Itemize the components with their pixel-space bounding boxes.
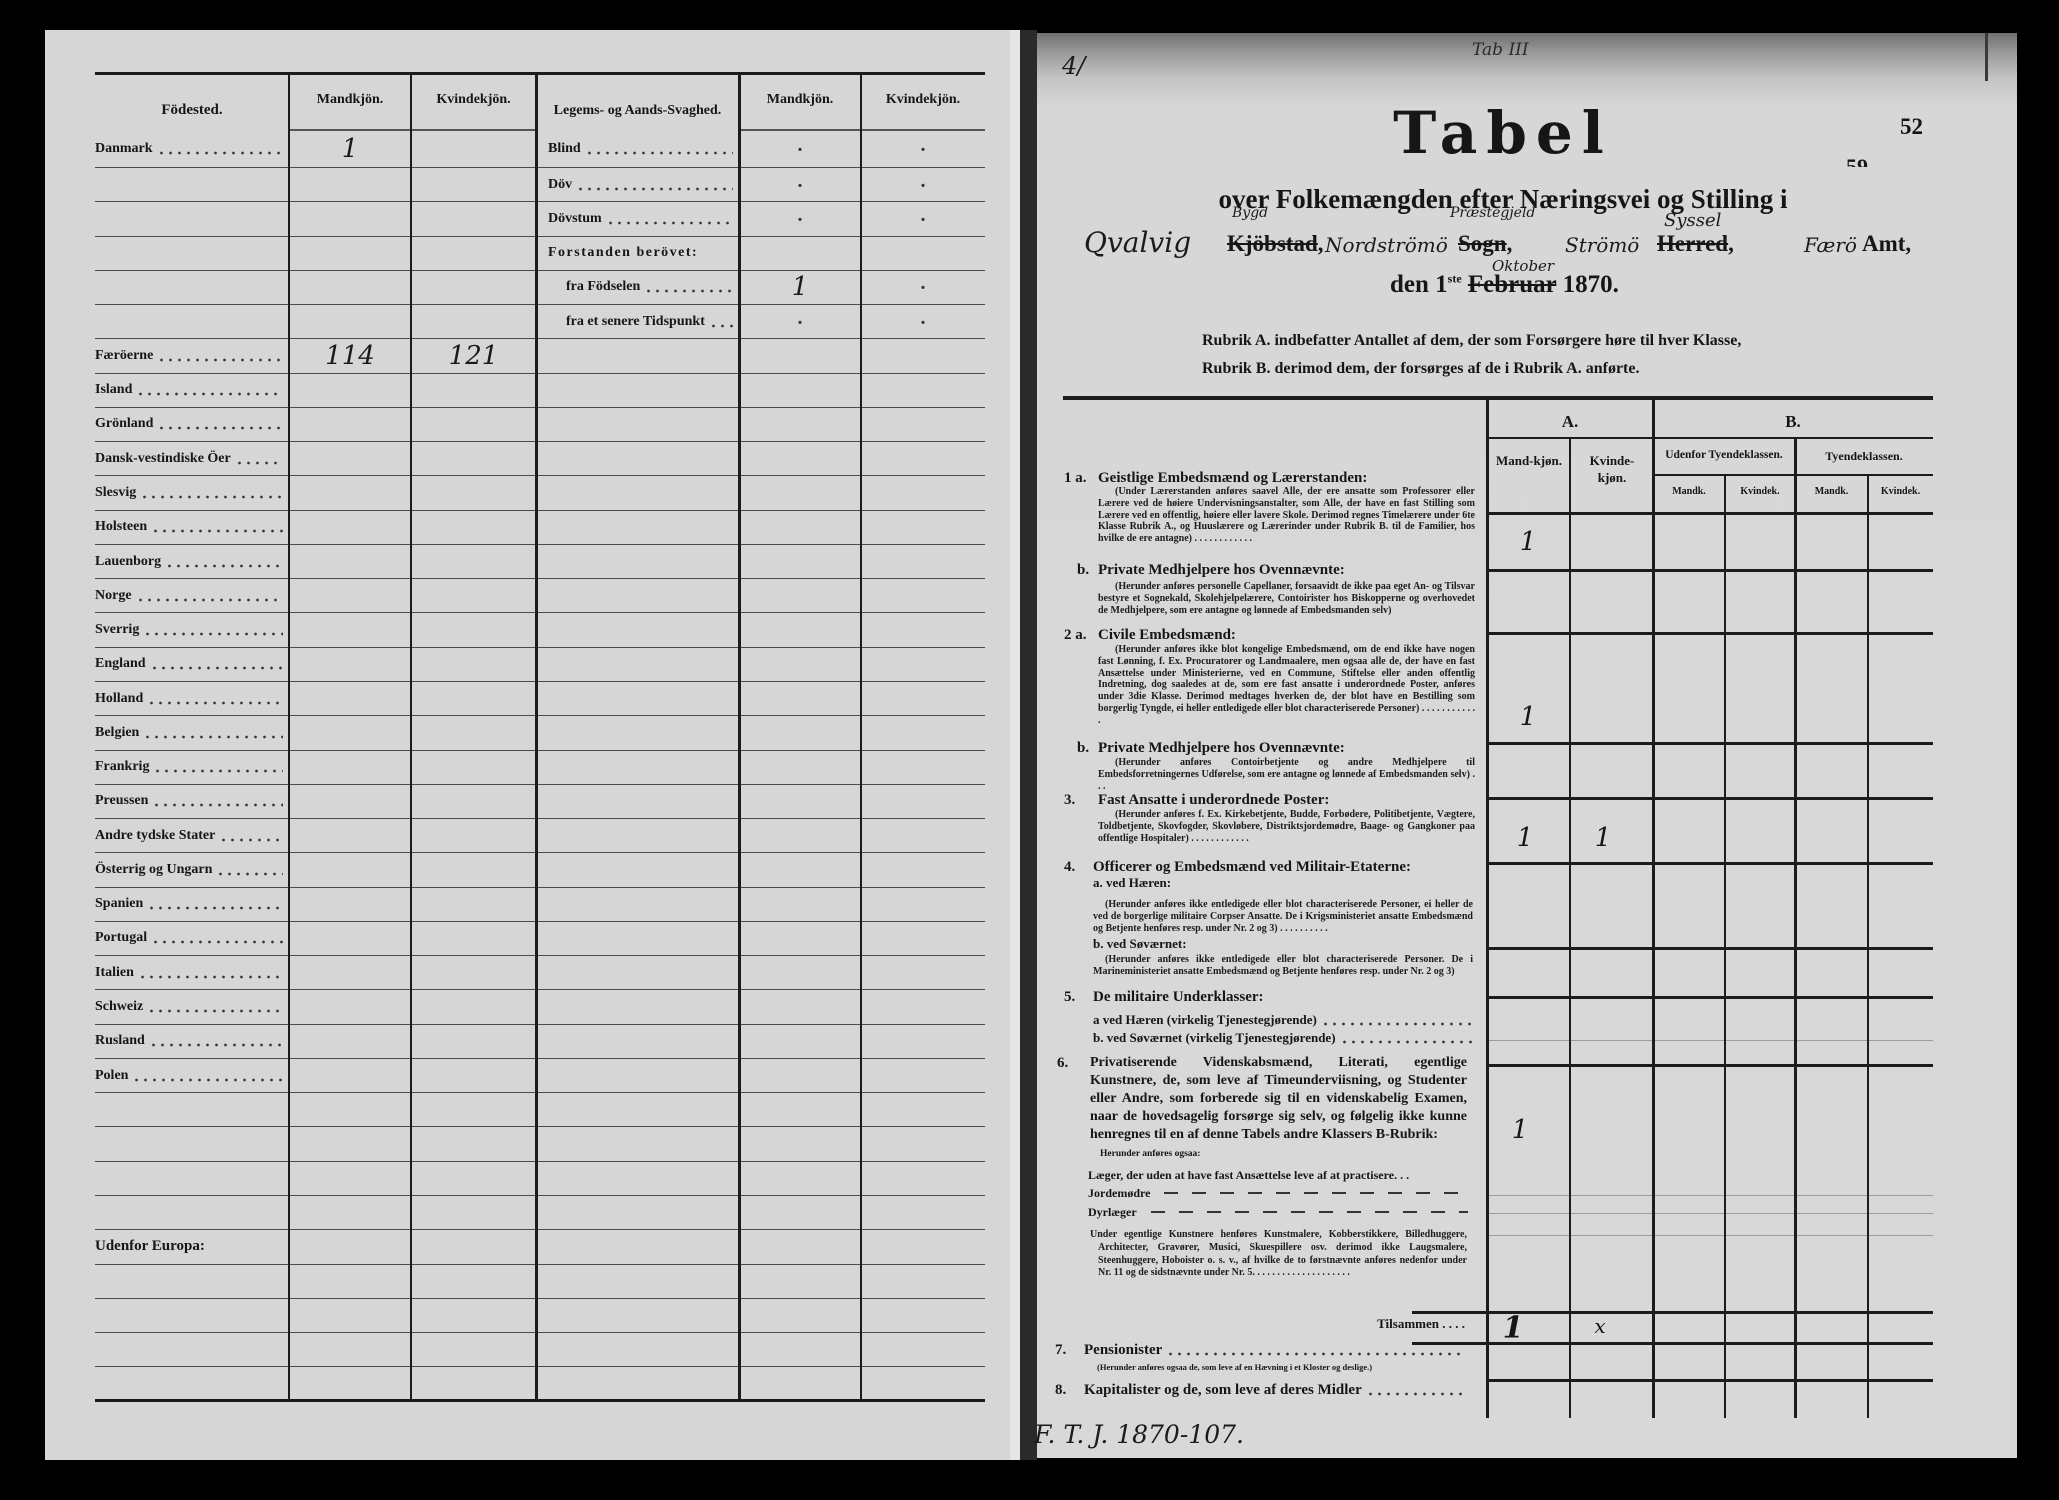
subcategory-label: b. ved Søværnet: [1093, 936, 1187, 952]
subcategory-row: b. ved Søværnet (virkelig Tjenestegjøren… [1093, 1030, 1473, 1046]
category-title: Privatiserende Videnskabsmænd, Literati,… [1090, 1054, 1467, 1144]
header-b-outside-servants: Udenfor Tyendeklassen. [1653, 449, 1795, 461]
also-included-item: Dyrlæger [1088, 1204, 1137, 1220]
county-type: Amt, [1862, 231, 1911, 257]
header-rubrik-b: B. [1653, 412, 1933, 432]
header-rule [1487, 437, 1933, 439]
column-divider [1794, 438, 1797, 1418]
category-title: Pensionister [1084, 1341, 1162, 1359]
header-female-short: Kvindek. [1725, 486, 1795, 497]
total-top-rule [1412, 1311, 1933, 1314]
category-number: b. [1077, 739, 1089, 757]
archive-reference: F. T. J. 1870-107. [1034, 1420, 1244, 1449]
also-included-item: Jordemødre [1088, 1185, 1150, 1201]
header-rubrik-a: A. [1487, 412, 1653, 432]
old-page-number: 59 [1846, 154, 1868, 167]
header-male-short: Mandk. [1653, 486, 1725, 497]
dash-leader [1164, 1192, 1468, 1194]
right-page: 4/ Tab III Tabel 52 59 over Folkemængden… [0, 0, 2059, 1500]
category-note: (Under Lærerstanden anføres saavel Alle,… [1098, 486, 1475, 545]
column-divider [1652, 398, 1655, 1418]
dot-leader [1340, 1040, 1473, 1044]
category-note: (Herunder anføres ikke blot kongelige Em… [1098, 644, 1475, 727]
subcategory-label: a ved Hæren (virkelig Tjenestegjørende) [1093, 1012, 1317, 1028]
category-title: Kapitalister og de, som leve af deres Mi… [1084, 1381, 1362, 1399]
category-note: (Herunder anføres Contoirbetjente og and… [1098, 757, 1475, 792]
category-number: 6. [1057, 1054, 1068, 1072]
also-included-label: Herunder anføres ogsaa: [1100, 1149, 1200, 1159]
category-note: (Herunder anføres personelle Capellaner,… [1098, 581, 1475, 616]
date-month-printed: Februar [1468, 271, 1556, 298]
parish-type-printed: Sogn, [1458, 231, 1512, 257]
separator: , [1507, 231, 1513, 256]
grid-left-border [1486, 398, 1489, 1418]
top-note: Tab III [1472, 40, 1529, 60]
total-a-female: x [1594, 1314, 1605, 1338]
place-type-handwritten: Bygd [1232, 205, 1268, 221]
district-type-printed: Herred, [1657, 231, 1734, 257]
header-female-short: Kvindek. [1868, 486, 1933, 497]
entry-2a-a-male: 1 [1520, 702, 1537, 732]
dot-leader [1366, 1392, 1465, 1396]
dot-leader [1166, 1352, 1465, 1356]
category-number: 5. [1064, 988, 1075, 1006]
header-a-female: Kvinde-kjøn. [1578, 452, 1646, 486]
category-title: Private Medhjelpere hos Ovennævnte: [1098, 739, 1345, 757]
separator: , [1728, 231, 1734, 256]
category-title: Fast Ansatte i underordnede Poster: [1098, 791, 1329, 809]
district-name: Strömö [1565, 233, 1639, 257]
also-included-row: Dyrlæger [1088, 1204, 1468, 1220]
category-number: 8. [1055, 1381, 1066, 1399]
page-title: Tabel [1300, 100, 1706, 166]
category-title: Civile Embedsmænd: [1098, 626, 1236, 644]
total-a-male: 1 [1503, 1311, 1524, 1346]
table-top-rule [1063, 396, 1933, 400]
column-divider [1724, 475, 1726, 1418]
category-row: Pensionister [1084, 1341, 1465, 1359]
page-crease [1985, 33, 1988, 81]
header-a-male: Mand-kjøn. [1495, 452, 1563, 469]
subcategory-label: b. ved Søværnet (virkelig Tjenestegjøren… [1093, 1030, 1336, 1046]
entry-6-a-male: 1 [1512, 1115, 1529, 1145]
category-title: Geistlige Embedsmænd og Lærerstanden: [1098, 469, 1367, 487]
entry-1a-a-male: 1 [1520, 527, 1537, 557]
category-note: (Herunder anføres f. Ex. Kirkebetjente, … [1098, 809, 1475, 844]
parish-name: Nordströmö [1325, 233, 1448, 257]
separator: , [1318, 231, 1324, 256]
struck-word: Herred [1657, 231, 1728, 256]
category-title: De militaire Underklasser: [1093, 988, 1264, 1006]
date-year: 1870. [1563, 271, 1619, 298]
entry-3-a-male: 1 [1517, 823, 1534, 853]
parish-type-handwritten: Præstegjeld [1450, 205, 1535, 221]
category-number: 7. [1055, 1341, 1066, 1359]
place-name: Qvalvig [1084, 226, 1191, 259]
place-type-printed: Kjöbstad, [1227, 231, 1324, 257]
struck-word: Kjöbstad [1227, 231, 1318, 256]
rubrik-a-note: Rubrik A. indbefatter Antallet af dem, d… [1202, 332, 1741, 350]
total-label: Tilsammen . . . . [1300, 1316, 1465, 1332]
rubrik-b-note: Rubrik B. derimod dem, der forsørges af … [1202, 360, 1639, 378]
struck-word: Sogn [1458, 231, 1507, 256]
category-title: Officerer og Embedsmænd ved Militair-Eta… [1093, 858, 1411, 876]
dash-leader [1151, 1211, 1468, 1213]
category-row: Kapitalister og de, som leve af deres Mi… [1084, 1381, 1465, 1399]
subcategory-row: a ved Hæren (virkelig Tjenestegjørende) [1093, 1012, 1473, 1028]
date-prefix: den 1 [1390, 271, 1448, 298]
entry-3-a-female: 1 [1595, 823, 1612, 853]
category-number: 1 a. [1064, 469, 1087, 487]
corner-note: 4/ [1062, 52, 1085, 80]
subcategory-label: a. ved Hæren: [1093, 875, 1171, 891]
category-note: (Herunder anføres ogsaa de, som leve af … [1097, 1362, 1465, 1372]
dot-leader [1321, 1022, 1473, 1026]
district-type-handwritten: Syssel [1664, 210, 1721, 231]
category-title: Private Medhjelpere hos Ovennævnte: [1098, 561, 1345, 579]
subcategory-note: (Herunder anføres ikke entledigede eller… [1093, 954, 1473, 978]
category-note: Under egentlige Kunstnere henføres Kunst… [1090, 1229, 1467, 1280]
header-rule [1653, 474, 1933, 476]
census-date: den 1ste Februar 1870. [1390, 271, 1619, 299]
also-included-item: Læger, der uden at have fast Ansættelse … [1088, 1167, 1409, 1183]
page-number: 52 [1900, 114, 1923, 140]
date-month-handwritten: Oktober [1492, 257, 1554, 275]
old-page-number-text: 59 [1846, 154, 1868, 167]
category-number: 4. [1064, 858, 1075, 876]
column-divider [1569, 438, 1571, 1418]
total-bottom-rule [1412, 1342, 1933, 1345]
category-number: 3. [1064, 791, 1075, 809]
county-name: Færö [1804, 233, 1857, 257]
header-male-short: Mandk. [1795, 486, 1868, 497]
also-included-row: Jordemødre [1088, 1185, 1468, 1201]
header-b-servants: Tyendeklassen. [1795, 449, 1933, 464]
subcategory-note: (Herunder anføres ikke entledigede eller… [1093, 899, 1473, 934]
category-number: 2 a. [1064, 626, 1087, 644]
column-divider [1867, 475, 1869, 1418]
date-ordinal: ste [1448, 272, 1462, 286]
category-number: b. [1077, 561, 1089, 579]
